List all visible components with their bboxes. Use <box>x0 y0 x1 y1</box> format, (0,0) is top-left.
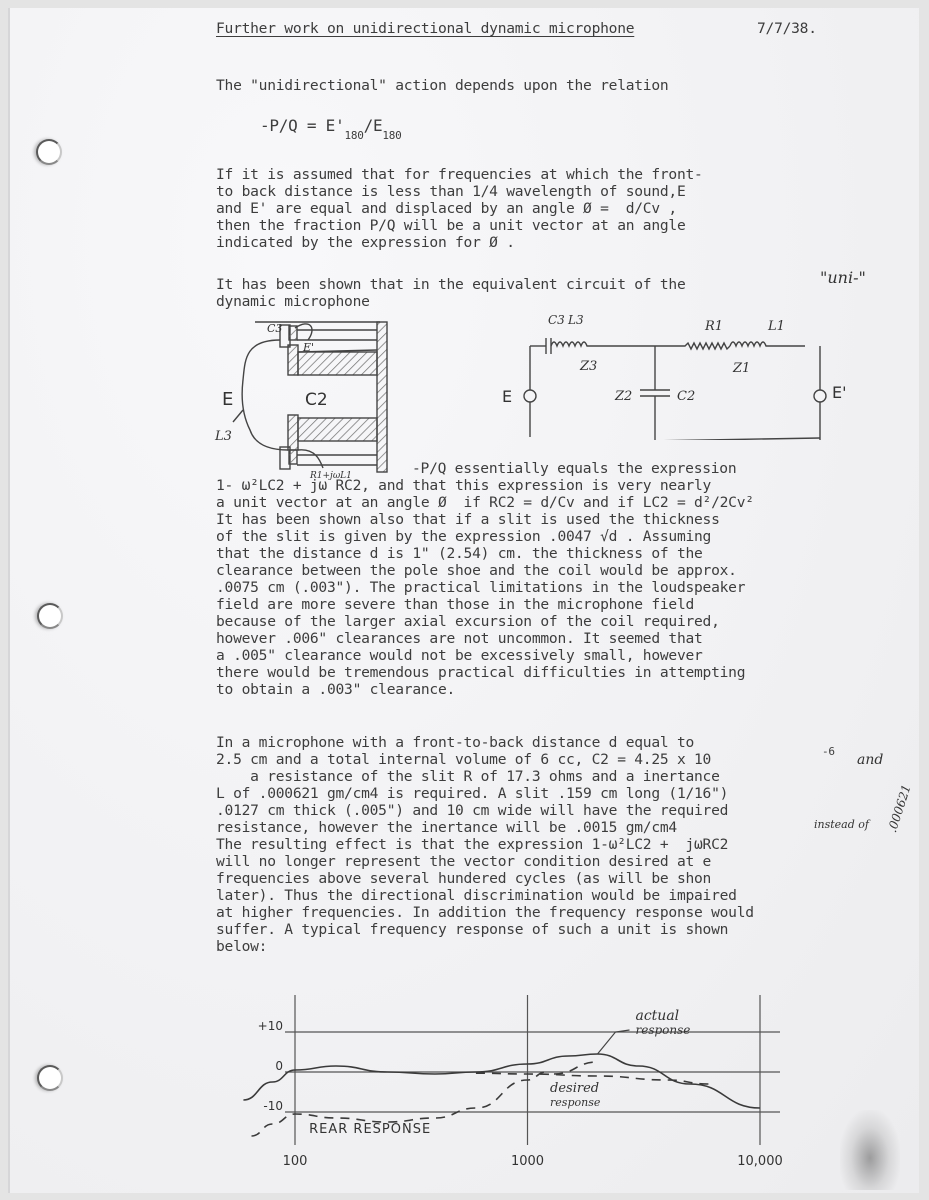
text-line: however .006" clearances are not uncommo… <box>216 631 703 648</box>
circuit-label-l3: L3 <box>567 313 584 327</box>
text-line: The resulting effect is that the express… <box>216 837 728 854</box>
svg-text:-10: -10 <box>263 1099 283 1113</box>
ink-smudge <box>840 1110 900 1190</box>
text-line: and E' are equal and displaced by an ang… <box>216 201 677 218</box>
text-line: L of .000621 gm/cm4 is required. A slit … <box>216 786 728 803</box>
circuit-label-e-prime: E' <box>832 383 847 402</box>
text-line: dynamic microphone <box>216 294 370 311</box>
circuit-label-z3: Z3 <box>579 359 597 374</box>
circuit-label-c3: C3 <box>548 313 565 327</box>
svg-text:100: 100 <box>283 1154 308 1169</box>
circuit-label-l1: L1 <box>767 319 785 334</box>
svg-text:1000: 1000 <box>511 1154 544 1169</box>
text-line: resistance, however the inertance will b… <box>216 820 677 837</box>
text-line: 1- ω²LC2 + jω RC2, and that this express… <box>216 478 711 495</box>
punch-hole-top <box>36 139 62 165</box>
document-title: Further work on unidirectional dynamic m… <box>216 21 634 38</box>
svg-text:0: 0 <box>275 1059 283 1073</box>
svg-text:+10: +10 <box>258 1019 283 1033</box>
text-line: clearance between the pole shoe and the … <box>216 563 737 580</box>
text-line: .0075 cm (.003"). The practical limitati… <box>216 580 745 597</box>
microphone-cross-section-sketch: C3 E' E C2 L3 R1+jωL1 <box>205 310 405 485</box>
text-line: -P/Q essentially equals the expression <box>412 461 736 478</box>
circuit-label-c2: C2 <box>677 389 695 404</box>
text-line: It has been shown that in the equivalent… <box>216 277 686 294</box>
text-line: a .005" clearance would not be excessive… <box>216 648 703 665</box>
text-line: below: <box>216 939 267 956</box>
text-line: 2.5 cm and a total internal volume of 6 … <box>216 752 711 769</box>
text-line: If it is assumed that for frequencies at… <box>216 167 703 184</box>
sketch-label-c2: C2 <box>305 390 328 410</box>
circuit-label-e: E <box>502 387 512 406</box>
text-line: to obtain a .003" clearance. <box>216 682 455 699</box>
text-line: of the slit is given by the expression .… <box>216 529 711 546</box>
exponent-annotation: -6 <box>822 744 835 761</box>
svg-text:REAR RESPONSE: REAR RESPONSE <box>309 1122 431 1137</box>
svg-text:desired: desired <box>550 1081 599 1096</box>
circuit-label-z2: Z2 <box>614 389 632 404</box>
circuit-label-z1: Z1 <box>732 361 750 376</box>
frequency-response-chart: +100-10100100010,000actualresponse∀desir… <box>210 990 810 1180</box>
sketch-label-e-prime: E' <box>302 341 314 354</box>
document-date: 7/7/38. <box>757 21 817 38</box>
text-line: frequencies above several hundered cycle… <box>216 871 711 888</box>
text-line: field are more severe than those in the … <box>216 597 694 614</box>
sketch-label-c3: C3 <box>267 322 282 335</box>
sketch-label-l3: L3 <box>214 429 232 444</box>
svg-text:actual: actual <box>635 1008 679 1024</box>
handwritten-uni: "uni-" <box>820 268 866 287</box>
handwritten-instead-of: instead of <box>814 818 869 831</box>
text-line: then the fraction P/Q will be a unit vec… <box>216 218 686 235</box>
text-line: In a microphone with a front-to-back dis… <box>216 735 694 752</box>
circuit-label-r1: R1 <box>704 319 723 334</box>
text-line: that the distance d is 1" (2.54) cm. the… <box>216 546 703 563</box>
text-line: at higher frequencies. In addition the f… <box>216 905 754 922</box>
text-line: indicated by the expression for Ø . <box>216 235 515 252</box>
text-line: to back distance is less than 1/4 wavele… <box>216 184 686 201</box>
equivalent-circuit-diagram: C3 L3 Z3 R1 L1 Z1 Z2 C2 E E' <box>490 300 900 440</box>
punch-hole-bottom <box>37 1065 63 1091</box>
text-line: a resistance of the slit R of 17.3 ohms … <box>216 769 720 786</box>
svg-text:response: response <box>635 1023 690 1037</box>
intro-line: The "unidirectional" action depends upon… <box>216 78 668 95</box>
text-line: because of the larger axial excursion of… <box>216 614 720 631</box>
handwritten-and: and <box>857 752 883 768</box>
equation-relation: -P/Q = E'180/E180 <box>260 118 401 135</box>
sketch-label-e: E <box>222 389 233 410</box>
text-line: there would be tremendous practical diff… <box>216 665 745 682</box>
svg-text:response: response <box>550 1096 601 1109</box>
text-line: later). Thus the directional discriminat… <box>216 888 737 905</box>
text-line: will no longer represent the vector cond… <box>216 854 711 871</box>
punch-hole-middle <box>37 603 63 629</box>
text-line: a unit vector at an angle Ø if RC2 = d/C… <box>216 495 754 512</box>
text-line: It has been shown also that if a slit is… <box>216 512 720 529</box>
text-line: .0127 cm thick (.005") and 10 cm wide wi… <box>216 803 728 820</box>
text-line: suffer. A typical frequency response of … <box>216 922 728 939</box>
svg-text:10,000: 10,000 <box>737 1154 783 1169</box>
